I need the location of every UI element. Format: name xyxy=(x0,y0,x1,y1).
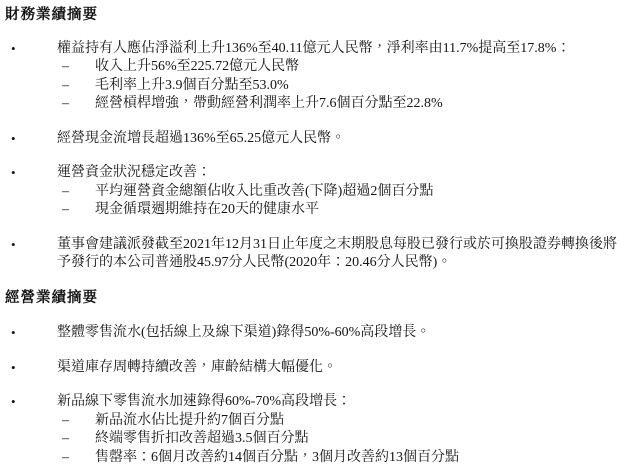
sub-item-text: 平均運營資金總額佔收入比重改善(下降)超過2個百分點 xyxy=(95,183,630,202)
bullet-text: 權益持有人應佔淨溢利上升136%至40.11億元人民幣，淨利率由11.7%提高至… xyxy=(57,40,630,59)
bullet-content: 運營資金狀況穩定改善： – 平均運營資金總額佔收入比重改善(下降)超過2個百分點… xyxy=(57,164,630,220)
sub-item-text: 毛利率上升3.9個百分點至53.0% xyxy=(95,77,630,96)
bullet-marker: • xyxy=(5,359,57,378)
bullet-marker: • xyxy=(5,236,57,273)
bullet-text: 經營現金流增長超過136%至65.25億元人民幣。 xyxy=(57,130,630,149)
bullet-content: 董事會建議派發截至2021年12月31日止年度之末期股息每股已發行或於可換股證券… xyxy=(57,236,630,273)
sub-item-revenue: – 收入上升56%至225.72億元人民幣 xyxy=(57,58,630,77)
bullet-retail-sellthrough: • 整體零售流水(包括線上及線下渠道)錄得50%-60%高段增長。 xyxy=(5,324,630,343)
sub-item-text: 售罄率：6個月改善約14個百分點，3個月改善約13個百分點 xyxy=(95,449,630,468)
bullet-new-product-sales: • 新品線下零售流水加速錄得60%-70%高段增長： – 新品流水佔比提升約7個… xyxy=(5,393,630,467)
dash-marker: – xyxy=(57,77,95,96)
sub-item-working-capital-ratio: – 平均運營資金總額佔收入比重改善(下降)超過2個百分點 xyxy=(57,183,630,202)
bullet-content: 經營現金流增長超過136%至65.25億元人民幣。 xyxy=(57,130,630,149)
document-page: 財務業績摘要 • 權益持有人應佔淨溢利上升136%至40.11億元人民幣，淨利率… xyxy=(0,0,640,470)
bullet-marker: • xyxy=(5,393,57,467)
bullet-text: 渠道庫存周轉持續改善，庫齡結構大幅優化。 xyxy=(57,359,630,378)
bullet-content: 整體零售流水(包括線上及線下渠道)錄得50%-60%高段增長。 xyxy=(57,324,630,343)
bullet-content: 權益持有人應佔淨溢利上升136%至40.11億元人民幣，淨利率由11.7%提高至… xyxy=(57,40,630,114)
dash-marker: – xyxy=(57,201,95,220)
section-title-operational-summary: 經營業績摘要 xyxy=(5,289,630,308)
bullet-channel-inventory: • 渠道庫存周轉持續改善，庫齡結構大幅優化。 xyxy=(5,359,630,378)
sub-item-cash-cycle: – 現金循環週期維持在20天的健康水平 xyxy=(57,201,630,220)
sub-item-text: 經營槓桿增強，帶動經營利潤率上升7.6個百分點至22.8% xyxy=(95,95,630,114)
bullet-content: 新品線下零售流水加速錄得60%-70%高段增長： – 新品流水佔比提升約7個百分… xyxy=(57,393,630,467)
dash-marker: – xyxy=(57,430,95,449)
sub-item-text: 終端零售折扣改善超過3.5個百分點 xyxy=(95,430,630,449)
bullet-net-profit: • 權益持有人應佔淨溢利上升136%至40.11億元人民幣，淨利率由11.7%提… xyxy=(5,40,630,114)
dash-marker: – xyxy=(57,58,95,77)
sub-item-text: 現金循環週期維持在20天的健康水平 xyxy=(95,201,630,220)
sub-item-operating-leverage: – 經營槓桿增強，帶動經營利潤率上升7.6個百分點至22.8% xyxy=(57,95,630,114)
dash-marker: – xyxy=(57,183,95,202)
bullet-dividend: • 董事會建議派發截至2021年12月31日止年度之末期股息每股已發行或於可換股… xyxy=(5,236,630,273)
bullet-marker: • xyxy=(5,164,57,220)
bullet-content: 渠道庫存周轉持續改善，庫齡結構大幅優化。 xyxy=(57,359,630,378)
dash-marker: – xyxy=(57,95,95,114)
bullet-marker: • xyxy=(5,130,57,149)
sub-item-retail-discount: – 終端零售折扣改善超過3.5個百分點 xyxy=(57,430,630,449)
sub-item-new-product-mix: – 新品流水佔比提升約7個百分點 xyxy=(57,412,630,431)
bullet-text: 新品線下零售流水加速錄得60%-70%高段增長： xyxy=(57,393,630,412)
dash-marker: – xyxy=(57,412,95,431)
bullet-working-capital: • 運營資金狀況穩定改善： – 平均運營資金總額佔收入比重改善(下降)超過2個百… xyxy=(5,164,630,220)
bullet-marker: • xyxy=(5,324,57,343)
sub-item-text: 收入上升56%至225.72億元人民幣 xyxy=(95,58,630,77)
bullet-text: 董事會建議派發截至2021年12月31日止年度之末期股息每股已發行或於可換股證券… xyxy=(57,236,630,273)
bullet-text: 運營資金狀況穩定改善： xyxy=(57,164,630,183)
section-title-financial-summary: 財務業績摘要 xyxy=(5,6,630,25)
bullet-text: 整體零售流水(包括線上及線下渠道)錄得50%-60%高段增長。 xyxy=(57,324,630,343)
bullet-operating-cash-flow: • 經營現金流增長超過136%至65.25億元人民幣。 xyxy=(5,130,630,149)
bullet-marker: • xyxy=(5,40,57,114)
sub-item-gross-margin: – 毛利率上升3.9個百分點至53.0% xyxy=(57,77,630,96)
sub-item-text: 新品流水佔比提升約7個百分點 xyxy=(95,412,630,431)
sub-item-sellout-rate: – 售罄率：6個月改善約14個百分點，3個月改善約13個百分點 xyxy=(57,449,630,468)
dash-marker: – xyxy=(57,449,95,468)
